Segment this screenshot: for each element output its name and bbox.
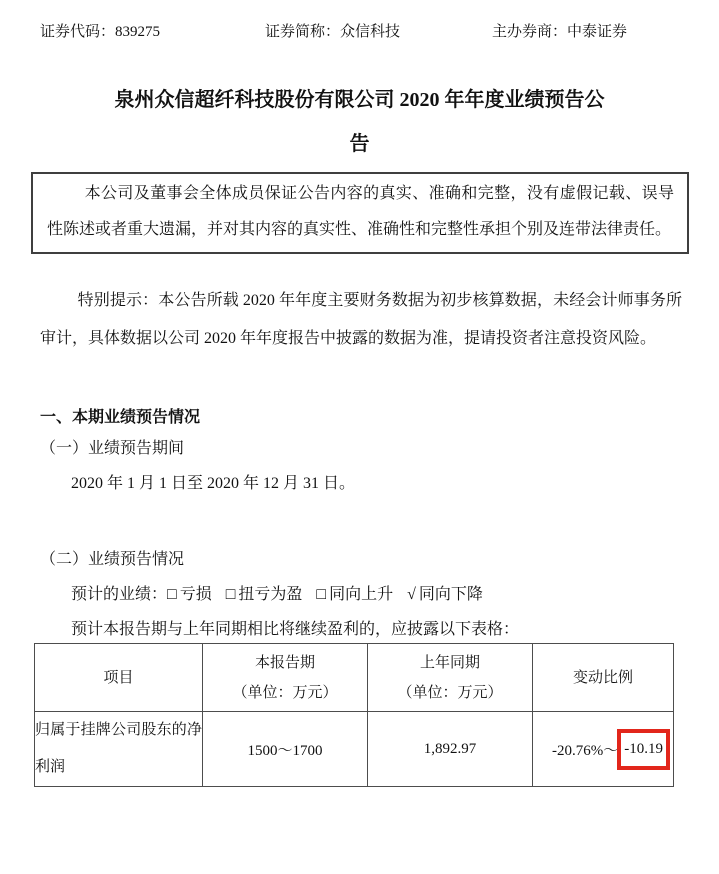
table-header-row: 项目 本报告期 （单位：万元） 上年同期 （单位：万元） 变动比例 — [35, 644, 674, 712]
column-header-prior-period-title: 上年同期 — [368, 648, 532, 678]
column-header-item: 项目 — [35, 644, 203, 712]
option-loss: □亏损 — [167, 586, 212, 603]
checkbox-unchecked-icon: □ — [316, 586, 326, 603]
checkmark-icon: √ — [407, 586, 416, 603]
table-row: 归属于挂牌公司股东的净利润 1500～1700 1,892.97 -20.76%… — [35, 712, 674, 787]
cell-change-ratio: -20.76%～-10.19 — [533, 712, 674, 787]
option-turn-profit-label: 扭亏为盈 — [238, 586, 302, 603]
option-same-direction-up-label: 同向上升 — [329, 586, 393, 603]
subsection-2-heading: （二）业绩预告情况 — [40, 549, 679, 571]
stock-name-value: 众信科技 — [340, 24, 400, 40]
column-header-current-period: 本报告期 （单位：万元） — [203, 644, 368, 712]
option-same-direction-down: √同向下降 — [407, 586, 483, 603]
option-same-direction-up: □同向上升 — [316, 586, 393, 603]
cell-prior-period-value: 1,892.97 — [368, 712, 533, 787]
checkbox-unchecked-icon: □ — [226, 586, 236, 603]
column-header-current-period-subtitle: （单位：万元） — [203, 678, 367, 708]
forecast-options-label: 预计的业绩： — [71, 586, 167, 603]
cell-item-name: 归属于挂牌公司股东的净利润 — [35, 712, 203, 787]
stock-code-label: 证券代码： — [40, 24, 115, 40]
column-header-change-ratio: 变动比例 — [533, 644, 674, 712]
disclaimer-text: 本公司及董事会全体成员保证公告内容的真实、准确和完整，没有虚假记载、误导性陈述或… — [47, 176, 674, 248]
table-intro-text: 预计本报告期与上年同期相比将继续盈利的，应披露以下表格： — [40, 619, 682, 641]
column-header-item-title: 项目 — [35, 663, 202, 693]
announcement-document: 证券代码：839275 证券简称：众信科技 主办券商：中泰证券 泉州众信超纤科技… — [0, 0, 719, 874]
document-title-line1: 泉州众信超纤科技股份有限公司 2020 年年度业绩预告公 — [40, 78, 679, 122]
stock-name-label: 证券简称： — [265, 24, 340, 40]
document-title: 泉州众信超纤科技股份有限公司 2020 年年度业绩预告公 告 — [40, 78, 679, 166]
checkbox-unchecked-icon: □ — [167, 586, 177, 603]
column-header-change-ratio-title: 变动比例 — [533, 663, 673, 693]
option-same-direction-down-label: 同向下降 — [419, 586, 483, 603]
option-loss-label: 亏损 — [180, 586, 212, 603]
column-header-prior-period: 上年同期 （单位：万元） — [368, 644, 533, 712]
option-turn-profit: □扭亏为盈 — [226, 586, 303, 603]
document-meta-row: 证券代码：839275 证券简称：众信科技 主办券商：中泰证券 — [40, 0, 683, 42]
red-highlight-annotation-box: -10.19 — [617, 729, 670, 770]
subsection-1-heading: （一）业绩预告期间 — [40, 438, 679, 460]
stock-code-value: 839275 — [115, 24, 160, 40]
disclaimer-box: 本公司及董事会全体成员保证公告内容的真实、准确和完整，没有虚假记载、误导性陈述或… — [31, 172, 689, 254]
forecast-options-line: 预计的业绩：□亏损□扭亏为盈□同向上升√同向下降 — [40, 584, 682, 606]
document-title-line2: 告 — [40, 122, 679, 166]
sponsor-value: 中泰证券 — [567, 24, 627, 40]
change-ratio-content: -20.76%～-10.19 — [533, 729, 673, 770]
column-header-current-period-title: 本报告期 — [203, 648, 367, 678]
stock-name: 证券简称：众信科技 — [265, 22, 492, 42]
special-note-text: 特别提示：本公告所载 2020 年年度主要财务数据为初步核算数据，未经会计师事务… — [40, 282, 682, 358]
sponsor-broker: 主办券商：中泰证券 — [492, 22, 683, 42]
change-ratio-prefix: -20.76%～ — [552, 739, 618, 760]
column-header-prior-period-subtitle: （单位：万元） — [368, 678, 532, 708]
forecast-table: 项目 本报告期 （单位：万元） 上年同期 （单位：万元） 变动比例 — [34, 643, 674, 787]
cell-current-period-value: 1500～1700 — [203, 712, 368, 787]
stock-code: 证券代码：839275 — [40, 22, 265, 42]
section-heading: 一、本期业绩预告情况 — [40, 407, 679, 429]
forecast-period-text: 2020 年 1 月 1 日至 2020 年 12 月 31 日。 — [40, 473, 682, 495]
sponsor-label: 主办券商： — [492, 24, 567, 40]
cell-item-name-text: 归属于挂牌公司股东的净利润 — [35, 712, 202, 786]
